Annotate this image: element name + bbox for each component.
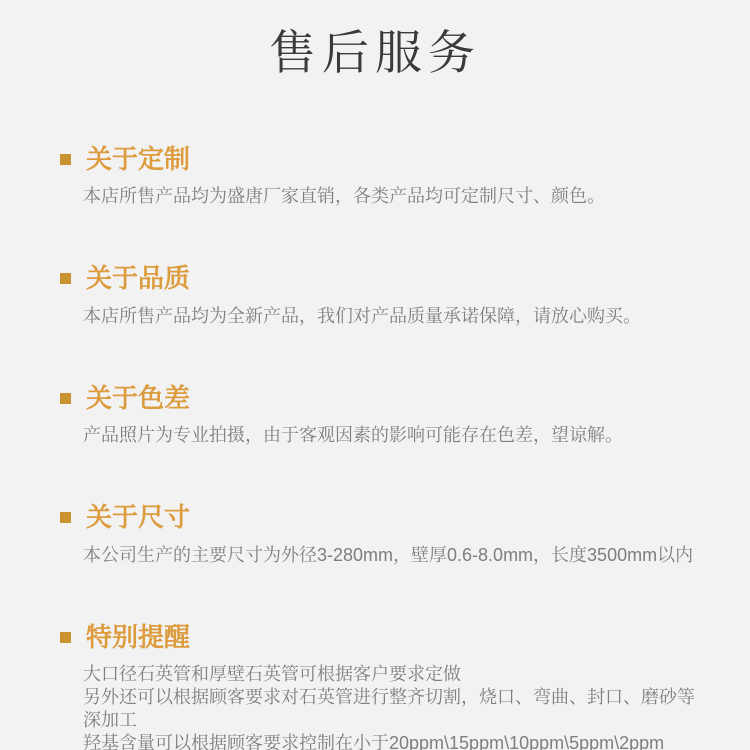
section-heading: 关于尺寸 bbox=[60, 501, 710, 534]
body-line: 大口径石英管和厚壁石英管可根据客户要求定做 bbox=[83, 663, 710, 686]
after-sales-service-panel: 售后服务 关于定制 本店所售产品均为盛唐厂家直销，各类产品均可定制尺寸、颜色。 … bbox=[0, 0, 750, 750]
body-line: 羟基含量可以根据顾客要求控制在小于20ppm\15ppm\10ppm\5ppm\… bbox=[83, 732, 710, 750]
section-dimensions: 关于尺寸 本公司生产的主要尺寸为外径3-280mm，壁厚0.6-8.0mm，长度… bbox=[60, 501, 710, 567]
square-bullet-icon bbox=[60, 512, 71, 523]
section-body: 产品照片为专业拍摄，由于客观因素的影响可能存在色差，望谅解。 bbox=[83, 424, 710, 447]
body-line: 产品照片为专业拍摄，由于客观因素的影响可能存在色差，望谅解。 bbox=[83, 424, 710, 447]
section-list: 关于定制 本店所售产品均为盛唐厂家直销，各类产品均可定制尺寸、颜色。 关于品质 … bbox=[0, 83, 750, 750]
section-body: 本店所售产品均为盛唐厂家直销，各类产品均可定制尺寸、颜色。 bbox=[83, 185, 710, 208]
section-heading: 特别提醒 bbox=[60, 621, 710, 654]
section-heading-label: 关于品质 bbox=[86, 262, 190, 295]
section-heading: 关于品质 bbox=[60, 262, 710, 295]
section-customization: 关于定制 本店所售产品均为盛唐厂家直销，各类产品均可定制尺寸、颜色。 bbox=[60, 143, 710, 209]
square-bullet-icon bbox=[60, 154, 71, 165]
section-color-difference: 关于色差 产品照片为专业拍摄，由于客观因素的影响可能存在色差，望谅解。 bbox=[60, 382, 710, 448]
body-line: 另外还可以根据顾客要求对石英管进行整齐切割，烧口、弯曲、封口、磨砂等深加工 bbox=[83, 686, 710, 732]
section-quality: 关于品质 本店所售产品均为全新产品，我们对产品质量承诺保障，请放心购买。 bbox=[60, 262, 710, 328]
section-heading-label: 特别提醒 bbox=[86, 621, 190, 654]
body-line: 本店所售产品均为盛唐厂家直销，各类产品均可定制尺寸、颜色。 bbox=[83, 185, 710, 208]
section-heading-label: 关于色差 bbox=[86, 382, 190, 415]
section-body: 本店所售产品均为全新产品，我们对产品质量承诺保障，请放心购买。 bbox=[83, 305, 710, 328]
square-bullet-icon bbox=[60, 632, 71, 643]
page-title: 售后服务 bbox=[0, 0, 750, 83]
square-bullet-icon bbox=[60, 393, 71, 404]
section-special-reminder: 特别提醒 大口径石英管和厚壁石英管可根据客户要求定做 另外还可以根据顾客要求对石… bbox=[60, 621, 710, 750]
square-bullet-icon bbox=[60, 273, 71, 284]
section-heading: 关于色差 bbox=[60, 382, 710, 415]
section-heading-label: 关于尺寸 bbox=[86, 501, 190, 534]
body-line: 本店所售产品均为全新产品，我们对产品质量承诺保障，请放心购买。 bbox=[83, 305, 710, 328]
section-heading-label: 关于定制 bbox=[86, 143, 190, 176]
section-body: 本公司生产的主要尺寸为外径3-280mm，壁厚0.6-8.0mm，长度3500m… bbox=[83, 544, 710, 567]
body-line: 本公司生产的主要尺寸为外径3-280mm，壁厚0.6-8.0mm，长度3500m… bbox=[83, 544, 710, 567]
section-body: 大口径石英管和厚壁石英管可根据客户要求定做 另外还可以根据顾客要求对石英管进行整… bbox=[83, 663, 710, 750]
section-heading: 关于定制 bbox=[60, 143, 710, 176]
